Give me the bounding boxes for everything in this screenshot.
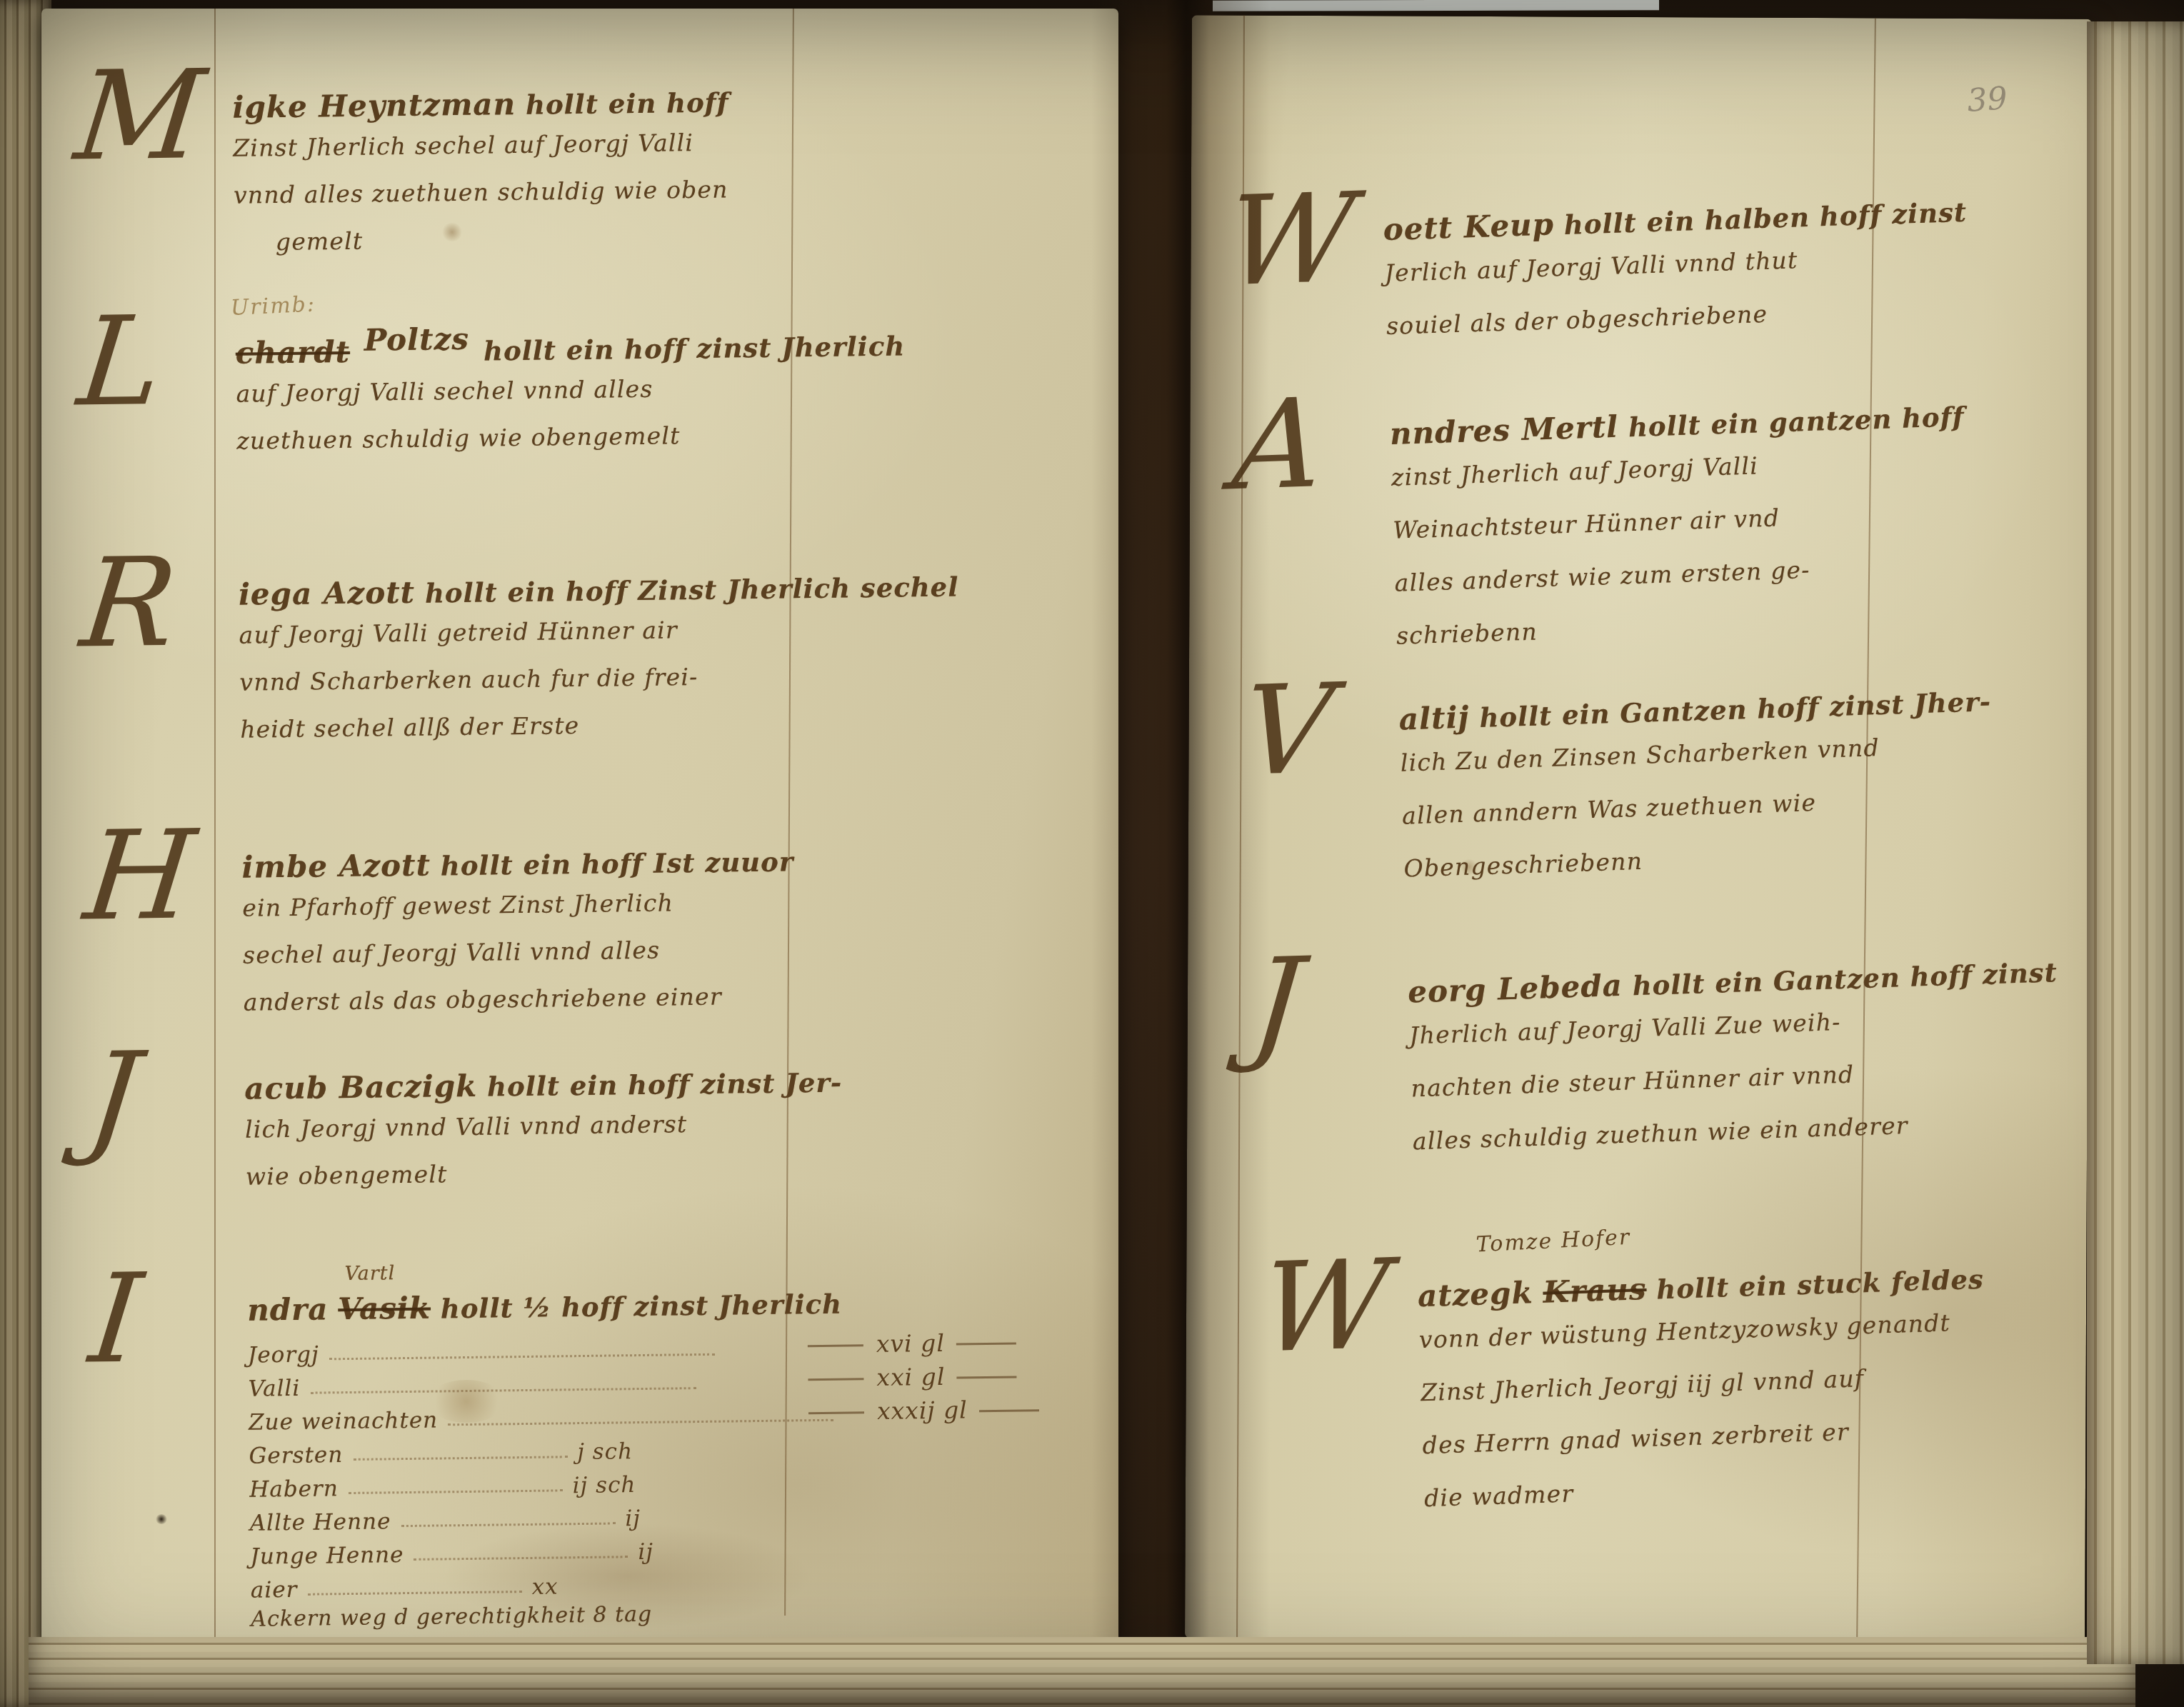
illuminated-initial: I <box>86 1269 146 1368</box>
margin-annotation: Urimb: <box>230 291 316 321</box>
entry-line: auf Jeorgj Valli getreid Hünner air <box>239 604 939 659</box>
left-page-text-block: M igke Heyntzman hollt ein hoff Zinst Jh… <box>31 2 1128 1655</box>
tenant-name: imbe Azott <box>241 848 431 885</box>
entry-line: sechel auf Jeorgj Valli vnnd alles <box>243 923 943 979</box>
tenure-phrase: hollt ein hoff zinst Jherlich <box>484 330 906 366</box>
tenant-name: iega Azott <box>239 575 416 612</box>
register-entry: A nndres Mertl hollt ein gantzen hoff zi… <box>1389 395 2054 663</box>
tenure-phrase: hollt ein hoff Zinst Jherlich sechel <box>425 571 959 609</box>
dotted-leader <box>329 1353 715 1361</box>
scanner-background-strip <box>1213 0 1659 11</box>
illuminated-initial: A <box>1230 394 1328 496</box>
ledger-row: Gersten j sch <box>249 1430 678 1468</box>
ledger-label: Allte Henne <box>250 1508 391 1536</box>
left-page: M igke Heyntzman hollt ein hoff Zinst Jh… <box>41 9 1118 1648</box>
register-entry: J acub Baczigk hollt ein hoff zinst Jer-… <box>244 1063 946 1201</box>
illuminated-initial: H <box>81 826 199 926</box>
dotted-leader <box>401 1521 615 1527</box>
manuscript-photo: M igke Heyntzman hollt ein hoff Zinst Jh… <box>0 0 2184 1707</box>
ledger-label: Habern <box>249 1476 339 1503</box>
entry-line: vnnd Scharberken auch fur die frei- <box>239 651 940 706</box>
illuminated-initial: J <box>1248 953 1306 1053</box>
ledger-value: j sch <box>577 1438 633 1465</box>
entry-line: lich Jeorgj vnnd Valli vnnd anderst <box>245 1098 946 1153</box>
dotted-leader <box>353 1455 567 1461</box>
register-entry: W oett Keup hollt ein halben hoff zinst … <box>1383 191 2044 353</box>
entry-line: gemelt <box>234 211 935 266</box>
ledger-value: ij <box>625 1506 641 1531</box>
struck-name: Vasik <box>338 1291 431 1327</box>
ledger-row: Habern ij sch <box>249 1463 678 1502</box>
dotted-leader <box>448 1418 833 1426</box>
ledger-label: Valli <box>248 1376 300 1402</box>
tenure-phrase: hollt ein hoff zinst Jer- <box>487 1067 843 1103</box>
corrected-name: Vartl <box>345 1262 396 1285</box>
illuminated-initial: J <box>84 1048 144 1147</box>
entry-line: anderst als das obgeschriebene einer <box>244 971 944 1026</box>
entry-line: wie obengemelt <box>246 1145 946 1201</box>
ledger-value: xvi gl <box>876 1329 945 1358</box>
ledger-row: Allte Henne ij <box>249 1497 678 1536</box>
corrected-name: Poltzs <box>364 321 469 358</box>
ledger-row: aier xx <box>251 1564 680 1603</box>
register-entry: H imbe Azott hollt ein hoff Ist zuuor ei… <box>241 841 943 1026</box>
tenure-phrase: hollt ½ hoff zinst Jherlich <box>441 1288 843 1325</box>
entry-line: zuethuen schuldig wie obengemelt <box>236 409 937 465</box>
struck-name: chardt <box>236 334 351 371</box>
entry-line: heidt sechel allß der Erste <box>240 698 941 754</box>
register-entry: V altij hollt ein Gantzen hoff zinst Jhe… <box>1398 681 2061 896</box>
tenant-name: ndra <box>247 1291 329 1327</box>
ledger-value: ij sch <box>573 1472 636 1498</box>
ledger-row: Junge Henne ij <box>250 1531 679 1569</box>
ledger-value: xxxij gl <box>877 1396 968 1425</box>
right-page: 39 W oett Keup hollt ein halben hoff zin… <box>1185 15 2092 1641</box>
tenant-name: igke Heyntzman <box>232 86 516 125</box>
right-page-text-block: W oett Keup hollt ein halben hoff zinst … <box>1163 3 2115 1653</box>
dotted-leader <box>349 1488 563 1494</box>
illuminated-initial: W <box>1258 1255 1393 1358</box>
ledger-label: Jeorgj <box>248 1342 319 1368</box>
tenure-phrase: hollt ein hoff <box>526 86 729 120</box>
ledger-value: ij <box>638 1539 653 1565</box>
register-entry: J eorg Lebeda hollt ein Gantzen hoff zin… <box>1407 953 2070 1168</box>
entry-heading: ndra Vasik Vartl hollt ½ hoff zinst Jher… <box>247 1282 1091 1327</box>
ledger-label: Gersten <box>249 1442 343 1469</box>
illuminated-initial: M <box>71 66 208 166</box>
ledger-label: aier <box>251 1577 298 1603</box>
ledger-value: xx <box>531 1573 558 1599</box>
illuminated-initial: W <box>1223 189 1358 291</box>
entry-line: ein Pfarhoff gewest Zinst Jherlich <box>242 876 943 932</box>
ledger-value: xxi gl <box>876 1363 945 1391</box>
entry-line: Zinst Jherlich sechel auf Jeorgj Valli <box>233 116 933 172</box>
register-entry: M igke Heyntzman hollt ein hoff Zinst Jh… <box>232 81 934 266</box>
register-entry: R iega Azott hollt ein hoff Zinst Jherli… <box>239 569 941 754</box>
ledger-label: Junge Henne <box>250 1542 404 1570</box>
dotted-leader <box>310 1386 696 1394</box>
right-page-edge-stack <box>2087 21 2184 1664</box>
dotted-leader <box>414 1555 628 1561</box>
entry-line: vnnd alles zuethuen schuldig wie oben <box>234 164 934 219</box>
illuminated-initial: R <box>77 554 181 653</box>
illuminated-initial: V <box>1239 680 1337 781</box>
dotted-leader <box>308 1590 522 1596</box>
register-entry: Tomze Hofer W atzegk Kraus hollt ein stu… <box>1417 1257 2096 1525</box>
struck-name: Kraus <box>1543 1271 1648 1310</box>
tenant-name: acub Baczigk <box>244 1068 477 1106</box>
ledger-label: Zue weinachten <box>249 1407 438 1435</box>
tenant-name: altij <box>1398 700 1470 737</box>
entry-line: auf Jeorgj Valli sechel vnnd alles <box>236 362 936 418</box>
illuminated-initial: L <box>74 312 166 411</box>
bottom-page-edge-stack <box>29 1637 2135 1707</box>
register-entry: Urimb: L chardt Poltzs hollt ein hoff zi… <box>236 327 937 465</box>
tenant-name: oett Keup <box>1383 206 1555 247</box>
tenure-phrase: hollt ein hoff Ist zuuor <box>441 846 794 881</box>
margin-annotation: Tomze Hofer <box>1476 1225 1631 1258</box>
tenant-name: atzegk <box>1417 1275 1533 1313</box>
